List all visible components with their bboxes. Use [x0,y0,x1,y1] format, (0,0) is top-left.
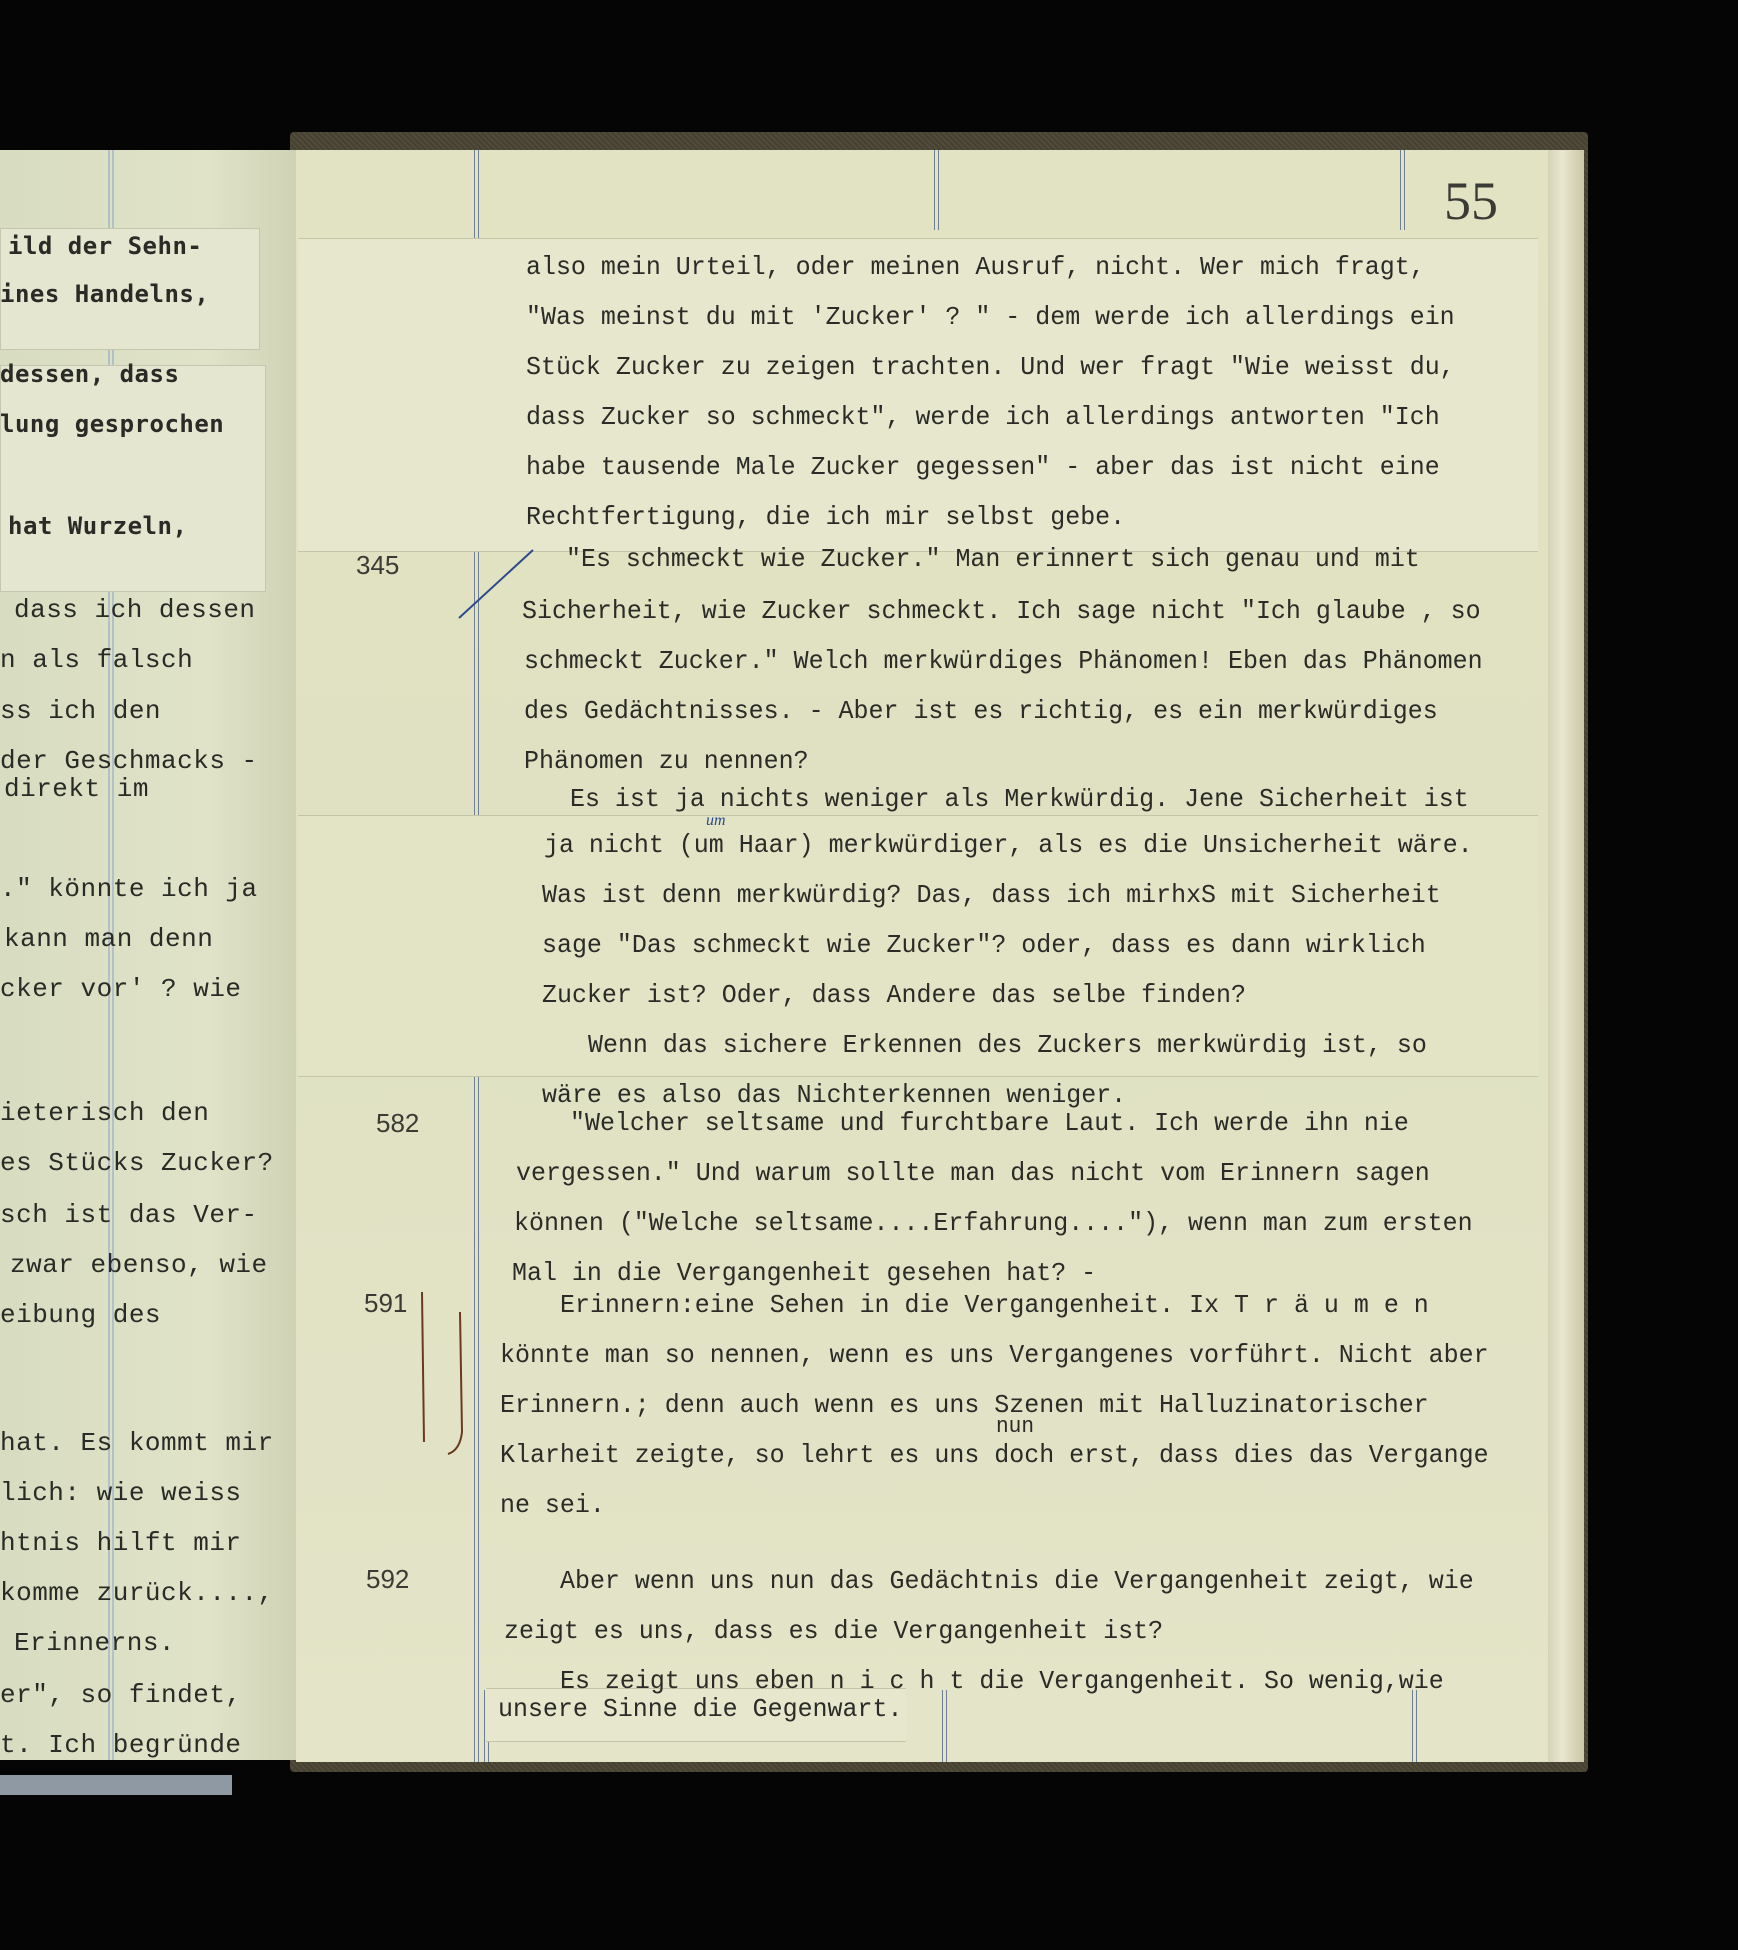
text-line: Erinnerns. [14,1628,175,1658]
page-number: 55 [1444,170,1498,232]
rule-line [1400,150,1405,230]
text-line: Erinnern.; denn auch wenn es uns Szenen … [500,1390,1429,1420]
text-line: Phänomen zu nennen? [524,746,809,776]
text-line: könnte man so nennen, wenn es uns Vergan… [500,1340,1489,1370]
page-edges [1548,150,1584,1762]
brown-margin-bracket [412,1292,472,1462]
text-line: lung gesprochen [0,410,224,438]
text-line: des Gedächtnisses. - Aber ist es richtig… [524,696,1438,726]
text-line: dessen, dass [0,360,179,388]
text-line: Aber wenn uns nun das Gedächtnis die Ver… [560,1566,1474,1596]
text-line: vergessen." Und warum sollte man das nic… [516,1158,1430,1188]
text-line: kann man denn [4,924,213,954]
text-line: ines Handelns, [0,280,209,308]
text-line: Was ist denn merkwürdig? Das, dass ich m… [542,880,1441,910]
text-line: hat Wurzeln, [8,512,187,540]
pasted-slip [0,365,266,592]
page-tab-strip [0,1775,232,1795]
text-line: ." könnte ich ja [0,874,258,904]
text-line: Sicherheit, wie Zucker schmeckt. Ich sag… [522,596,1481,626]
rule-line [934,150,939,230]
remark-number: 592 [366,1564,409,1595]
text-line: ja nicht (um Haar) merkwürdiger, als es … [544,830,1473,860]
remark-number: 582 [376,1108,419,1139]
text-line: sch ist das Ver- [0,1200,258,1230]
text-line: Zucker ist? Oder, dass Andere das selbe … [542,980,1246,1010]
rule-line [1412,1690,1417,1762]
text-line: wäre es also das Nichterkennen weniger. [542,1080,1126,1110]
text-line: unsere Sinne die Gegenwart. [498,1694,902,1724]
text-line: "Was meinst du mit 'Zucker' ? " - dem we… [526,302,1455,332]
text-line: dass ich dessen [14,595,256,625]
text-line: Wenn das sichere Erkennen des Zuckers me… [588,1030,1427,1060]
text-line: es Stücks Zucker? [0,1148,274,1178]
text-line: zeigt es uns, dass es die Vergangenheit … [504,1616,1163,1646]
text-line: Es zeigt uns eben n i c h t die Vergange… [560,1666,1444,1696]
text-line: also mein Urteil, oder meinen Ausruf, ni… [526,252,1425,282]
remark-number: 345 [356,550,399,581]
text-line: direkt im [4,774,149,804]
rule-line [942,1690,947,1762]
text-line: Stück Zucker zu zeigen trachten. Und wer… [526,352,1455,382]
text-line: er", so findet, [0,1680,242,1710]
text-line: htnis hilft mir [0,1528,242,1558]
text-line: können ("Welche seltsame....Erfahrung...… [514,1208,1473,1238]
text-line: Es ist ja nichts weniger als Merkwürdig.… [570,784,1469,814]
interlinear-insertion: nun [996,1414,1034,1439]
text-line: n als falsch [0,645,193,675]
text-line: "Welcher seltsame und furchtbare Laut. I… [570,1108,1409,1138]
text-line: "Es schmeckt wie Zucker." Man erinnert s… [566,544,1420,574]
text-line: hat. Es kommt mir [0,1428,274,1458]
text-line: dass Zucker so schmeckt", werde ich alle… [526,402,1440,432]
text-line: ss ich den [0,696,161,726]
text-line: schmeckt Zucker." Welch merkwürdiges Phä… [524,646,1483,676]
text-line: Klarheit zeigte, so lehrt es uns doch er… [500,1440,1489,1470]
text-line: cker vor' ? wie [0,974,242,1004]
text-line: t. Ich begründe [0,1730,242,1760]
left-page [0,150,301,1760]
text-line: Erinnern:eine Sehen in die Vergangenheit… [560,1290,1429,1320]
text-line: ild der Sehn- [8,232,202,260]
text-line: zwar ebenso, wie [10,1250,268,1280]
handwritten-insertion: um [706,812,726,830]
text-line: der Geschmacks - [0,746,258,776]
text-line: komme zurück...., [0,1578,274,1608]
text-line: Rechtfertigung, die ich mir selbst gebe. [526,502,1125,532]
text-line: habe tausende Male Zucker gegessen" - ab… [526,452,1440,482]
remark-number: 591 [364,1288,407,1319]
text-line: ieterisch den [0,1098,209,1128]
text-line: eibung des [0,1300,161,1330]
text-line: Mal in die Vergangenheit gesehen hat? - [512,1258,1096,1288]
text-line: lich: wie weiss [0,1478,242,1508]
text-line: ne sei. [500,1490,605,1520]
text-line: sage "Das schmeckt wie Zucker"? oder, da… [542,930,1426,960]
